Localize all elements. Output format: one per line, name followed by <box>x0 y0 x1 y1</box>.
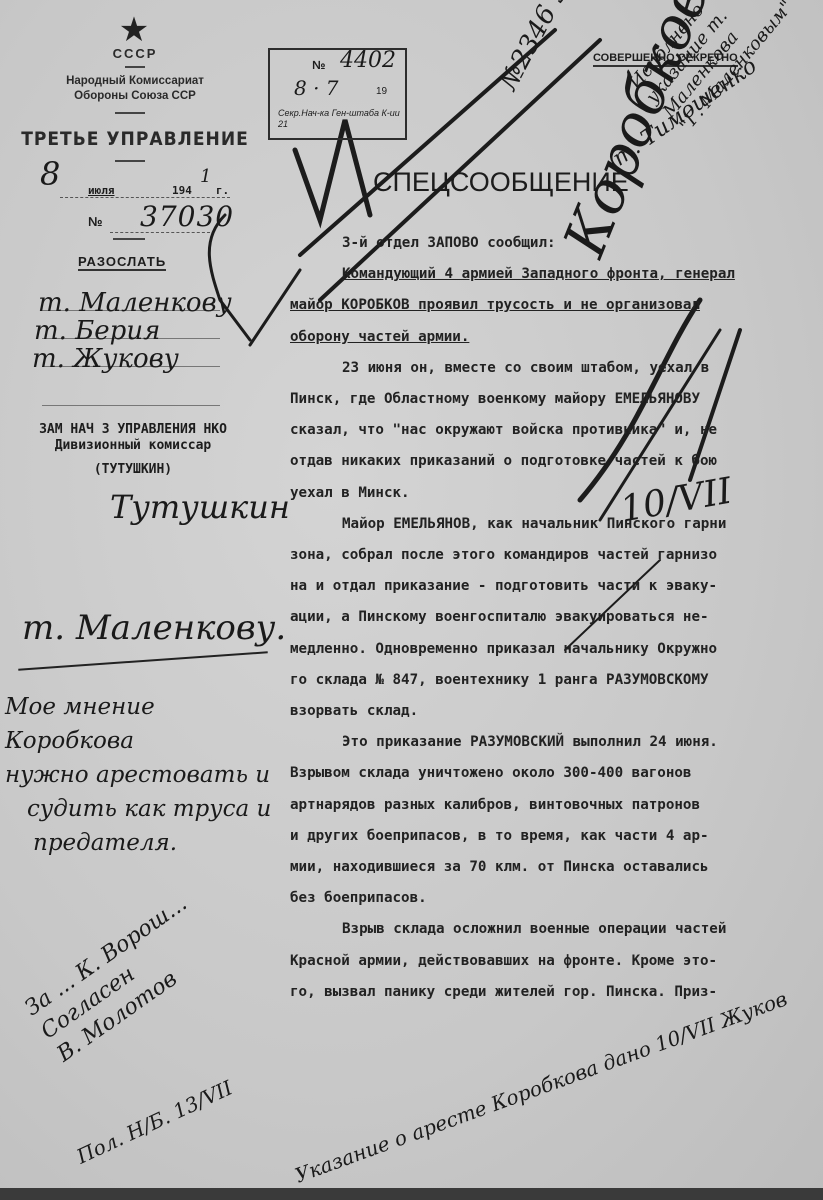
body-line: отдав никаких приказаний о подготовке ча… <box>290 446 815 477</box>
body-line: Это приказание РАЗУМОВСКИЙ выполнил 24 и… <box>290 727 815 758</box>
body-line: майор КОРОБКОВ проявил трусость и не орг… <box>290 290 815 321</box>
body-line: мии, находившиеся за 70 клм. от Пинска о… <box>290 852 815 883</box>
document-number: 37030 <box>140 200 234 233</box>
body-line: 23 июня он, вместе со своим штабом, уеха… <box>290 353 815 384</box>
signatory-rank: Дивизионный комиссар <box>8 438 258 454</box>
commissariat-line-1: Народный Комиссариат <box>40 74 230 89</box>
body-line: сказал, что "нас окружают войска противн… <box>290 415 815 446</box>
page-bottom-edge <box>0 1188 823 1200</box>
body-line: зона, собрал после этого командиров част… <box>290 540 815 571</box>
country-label: СССР <box>95 46 175 61</box>
resolution-line: судить как труса и <box>5 792 275 826</box>
handwritten-resolution: Мое мнение Коробкова нужно арестовать и … <box>5 690 275 860</box>
body-line: го склада № 847, воентехнику 1 ранга РАЗ… <box>290 665 815 696</box>
ruled-line <box>42 405 220 406</box>
signatory-title: ЗАМ НАЧ 3 УПРАВЛЕНИЯ НКО <box>8 422 258 438</box>
stamp-text: Секр.Нач-ка Ген-штаба К-ии 21 <box>278 108 405 130</box>
divider <box>113 238 145 240</box>
date-month: июля <box>88 184 115 197</box>
number-label: № <box>88 214 103 229</box>
body-line: медленно. Одновременно приказал начальни… <box>290 634 815 665</box>
date-year-suffix: 1 <box>200 166 211 187</box>
stamp-date: 8 · 7 <box>294 76 339 100</box>
document-page: ★ СССР Народный Комиссариат Обороны Союз… <box>0 0 823 1188</box>
department-label: ТРЕТЬЕ УПРАВЛЕНИЕ <box>20 128 250 150</box>
body-line: Пинск, где Областному военкому майору ЕМ… <box>290 384 815 415</box>
handwritten-addressee: т. Маленкову. <box>22 608 286 648</box>
distribution-label: РАЗОСЛАТЬ <box>78 254 166 271</box>
date-line <box>60 197 230 198</box>
divider <box>125 66 145 68</box>
registration-stamp: № 4402 8 · 7 19 Секр.Нач-ка Ген-штаба К-… <box>268 48 407 140</box>
body-line: Взрыв склада осложнил военные операции ч… <box>290 914 815 945</box>
recipient-malenkov: т. Маленкову <box>38 290 232 316</box>
star-emblem-icon: ★ <box>118 14 150 46</box>
stamp-number-label: № <box>312 58 325 72</box>
body-line: взорвать склад. <box>290 696 815 727</box>
divider <box>115 160 145 162</box>
signatory-name: (ТУТУШКИН) <box>8 462 258 478</box>
year-unit: г. <box>216 184 229 197</box>
year-prefix: 194 <box>172 184 192 197</box>
body-line: Взрывом склада уничтожено около 300-400 … <box>290 758 815 789</box>
body-line: артнарядов разных калибров, винтовочных … <box>290 790 815 821</box>
body-line: оборону частей армии. <box>290 322 815 353</box>
body-line: и других боеприпасов, в то время, как ча… <box>290 821 815 852</box>
divider <box>115 112 145 114</box>
date-day: 8 <box>40 155 60 193</box>
commissariat-label: Народный Комиссариат Обороны Союза ССР <box>40 74 230 104</box>
resolution-line: нужно арестовать и <box>5 758 275 792</box>
recipient-beria: т. Берия <box>34 318 160 344</box>
body-line: без боеприпасов. <box>290 883 815 914</box>
stamp-year: 19 <box>376 86 387 97</box>
document-body: 3-й отдел ЗАПОВО сообщил:Командующий 4 а… <box>290 228 815 1008</box>
body-line: Командующий 4 армией Западного фронта, г… <box>290 259 815 290</box>
stamp-number: 4402 <box>340 48 396 73</box>
body-line: Красной армии, действовавших на фронте. … <box>290 946 815 977</box>
recipient-zhukov: т. Жукову <box>32 346 179 372</box>
body-line: ации, а Пинскому военгоспиталю эвакуиров… <box>290 602 815 633</box>
body-line: уехал в Минск. <box>290 478 815 509</box>
commissariat-line-2: Обороны Союза ССР <box>40 89 230 104</box>
body-line: Майор ЕМЕЛЬЯНОВ, как начальник Пинского … <box>290 509 815 540</box>
signatory-block: ЗАМ НАЧ 3 УПРАВЛЕНИЯ НКО Дивизионный ком… <box>8 422 258 478</box>
signature: Тутушкин <box>110 488 290 526</box>
resolution-line: Мое мнение Коробкова <box>5 690 275 758</box>
body-line: на и отдал приказание - подготовить част… <box>290 571 815 602</box>
